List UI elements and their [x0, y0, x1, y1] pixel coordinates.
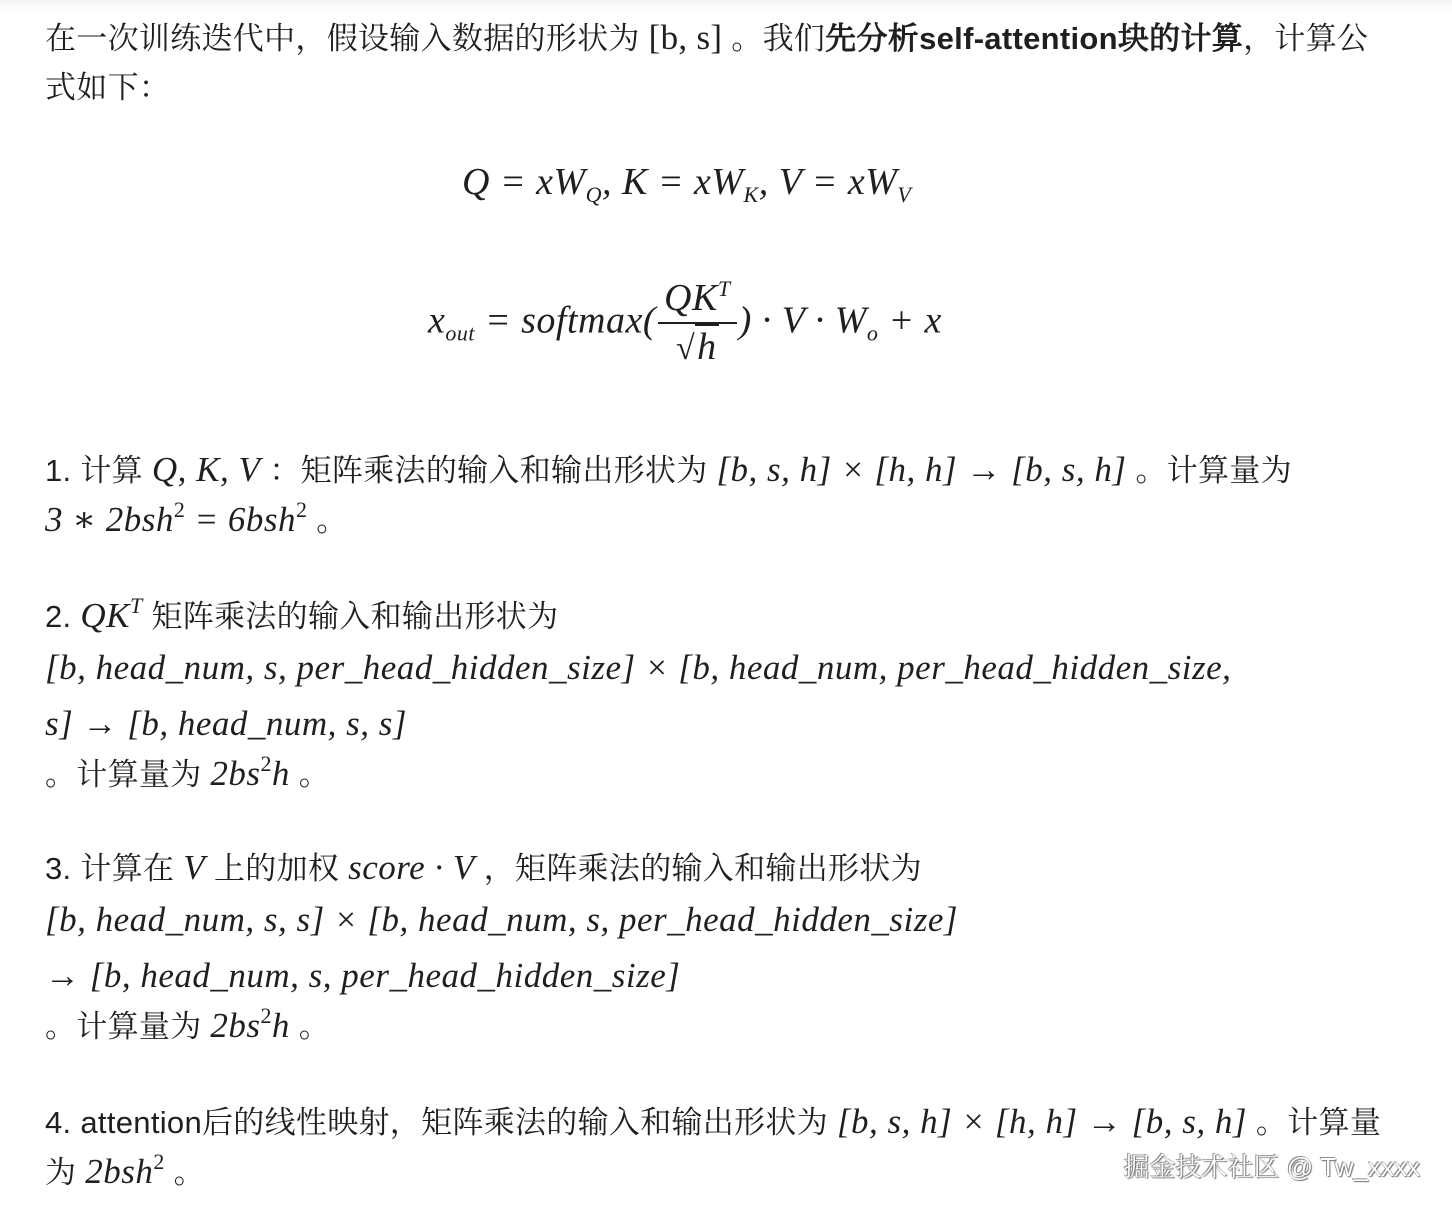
- intro-line-1: 在一次训练迭代中，假设输入数据的形状为 [b, s] 。我们先分析self-at…: [45, 18, 1368, 59]
- shape-math-line-1: [b, head_num, s, s] × [b, head_num, s, p…: [45, 900, 958, 939]
- sqrt-body: h: [695, 324, 719, 368]
- item-label: attention后的线性映射，矩阵乘法的输入和输出形状为: [71, 1105, 836, 1140]
- item-2-line-4: 。计算量为 2bs2h 。: [45, 754, 330, 795]
- item-math-sup: T: [130, 593, 143, 618]
- result-math-h: h: [272, 754, 290, 793]
- item-label-suffix: ，矩阵乘法的输入和输出形状为: [475, 851, 922, 886]
- item-label-suffix: 矩阵乘法的输入和输出形状为: [143, 599, 559, 634]
- item-label: 计算: [71, 453, 151, 488]
- result-tail: 。: [290, 757, 330, 792]
- item-math: QK: [80, 596, 130, 635]
- fraction: QKT√h: [658, 276, 737, 372]
- eq-v: , V = xW: [759, 161, 898, 203]
- item-2-line-1: 2. QKT 矩阵乘法的输入和输出形状为: [45, 596, 558, 637]
- item-math: Q, K, V: [152, 450, 261, 489]
- result-math-h: h: [272, 1006, 290, 1045]
- item-3-line-3: → [b, head_num, s, per_head_hidden_size]: [45, 956, 680, 997]
- item-after: 。计算量为: [1127, 453, 1292, 488]
- result-prefix: 为: [45, 1155, 85, 1190]
- eq-rhs: ) · V · W: [739, 300, 867, 342]
- eq-q-sub: Q: [586, 182, 602, 207]
- eq-tail: + x: [878, 300, 942, 342]
- item-4-line-1: 4. attention后的线性映射，矩阵乘法的输入和输出形状为 [b, s, …: [45, 1102, 1381, 1143]
- item-math-score: score · V: [348, 848, 475, 887]
- eq-v-sub: V: [897, 182, 911, 207]
- item-label-mid: 上的加权: [205, 851, 348, 886]
- equation-xout: xout = softmax(QKT√h) · V · Wo + x: [428, 276, 942, 372]
- item-3-line-2: [b, head_num, s, s] × [b, head_num, s, p…: [45, 900, 958, 941]
- item-shape-math: [b, s, h] × [h, h] → [b, s, h]: [837, 1102, 1247, 1141]
- item-4-line-2: 为 2bsh2 。: [45, 1152, 205, 1193]
- watermark: 掘金技术社区 @ Tw_xxxx: [1123, 1147, 1420, 1184]
- shape-math-line-2: s] → [b, head_num, s, s]: [45, 704, 407, 743]
- result-math: 2bsh: [85, 1152, 153, 1191]
- item-3-line-4: 。计算量为 2bs2h 。: [45, 1006, 330, 1047]
- intro-text-mid: 。我们: [722, 21, 825, 56]
- result-sup: 2: [261, 1003, 272, 1028]
- item-number: 4.: [45, 1105, 71, 1140]
- result-sup: 2: [261, 751, 272, 776]
- result-math-eq: = 6bsh: [185, 500, 296, 539]
- item-1-line-2: 3 ∗ 2bsh2 = 6bsh2 。: [45, 500, 348, 541]
- item-math-v: V: [183, 848, 205, 887]
- result-sup: 2: [153, 1149, 164, 1174]
- sqrt-icon: √: [676, 330, 695, 367]
- item-after: 。计算量: [1247, 1105, 1381, 1140]
- numerator-sup: T: [718, 276, 731, 301]
- eq-q: Q = xW: [462, 161, 586, 203]
- top-shade: [0, 0, 1452, 12]
- fraction-denominator: √h: [658, 324, 737, 372]
- input-shape-math: [b, s]: [649, 18, 723, 57]
- intro-bold-text: 先分析self-attention块的计算: [825, 21, 1243, 56]
- numerator-text: QK: [664, 277, 718, 319]
- result-prefix: 。计算量为: [45, 757, 210, 792]
- item-3-line-1: 3. 计算在 V 上的加权 score · V ，矩阵乘法的输入和输出形状为: [45, 848, 922, 889]
- item-shape-math: [b, s, h] × [h, h] → [b, s, h]: [716, 450, 1126, 489]
- intro-text: 在一次训练迭代中，假设输入数据的形状为: [45, 21, 649, 56]
- result-sup-b: 2: [296, 497, 307, 522]
- item-2-line-3: s] → [b, head_num, s, s]: [45, 704, 407, 745]
- result-tail: 。: [165, 1155, 205, 1190]
- intro-text-suffix: ，计算公: [1243, 21, 1368, 56]
- result-math: 2bs: [210, 754, 260, 793]
- result-sup: 2: [174, 497, 185, 522]
- result-tail: 。: [290, 1009, 330, 1044]
- result-math: 2bs: [210, 1006, 260, 1045]
- item-number: 2.: [45, 599, 71, 634]
- item-2-line-2: [b, head_num, s, per_head_hidden_size] ×…: [45, 648, 1231, 689]
- fraction-numerator: QKT: [658, 276, 737, 324]
- eq-softmax: = softmax(: [475, 300, 656, 342]
- item-label-suffix: ：矩阵乘法的输入和输出形状为: [260, 453, 716, 488]
- item-number: 3.: [45, 851, 71, 886]
- eq-xout-sub: out: [445, 321, 475, 346]
- item-number: 1.: [45, 453, 71, 488]
- eq-rhs-sub: o: [867, 321, 879, 346]
- intro-text-line2: 式如下：: [45, 70, 170, 105]
- result-prefix: 。计算量为: [45, 1009, 210, 1044]
- shape-math-line-1: [b, head_num, s, per_head_hidden_size] ×…: [45, 648, 1231, 687]
- eq-xout: x: [428, 300, 445, 342]
- eq-k: , K = xW: [602, 161, 744, 203]
- intro-line-2: 式如下：: [45, 68, 170, 108]
- item-label: 计算在: [71, 851, 183, 886]
- eq-k-sub: K: [744, 182, 759, 207]
- equation-qkv: Q = xWQ, K = xWK, V = xWV: [462, 160, 911, 204]
- item-1-line-1: 1. 计算 Q, K, V ：矩阵乘法的输入和输出形状为 [b, s, h] ×…: [45, 450, 1292, 491]
- shape-math-line-2: → [b, head_num, s, per_head_hidden_size]: [45, 956, 680, 995]
- result-tail: 。: [307, 503, 347, 538]
- result-math: 3 ∗ 2bsh: [45, 500, 174, 539]
